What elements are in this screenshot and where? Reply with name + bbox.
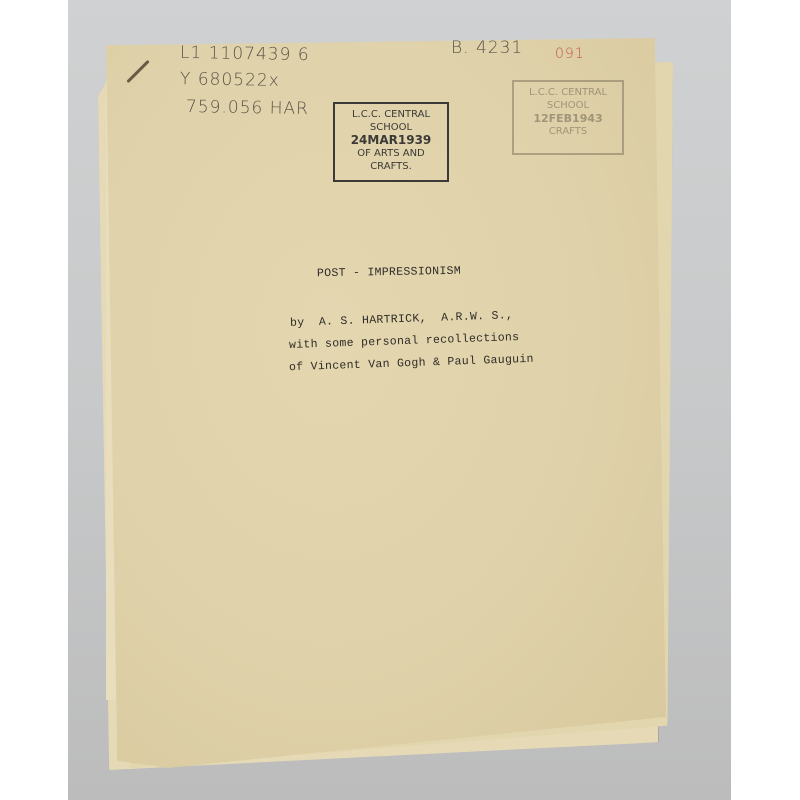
subtitle-line: with some personal recollections — [289, 331, 520, 352]
catalogue-number-2: Y 680522x — [180, 69, 280, 91]
pin-mark-icon — [126, 60, 149, 83]
faded-library-stamp: L.C.C. CENTRAL SCHOOL 12FEB1943 CRAFTS — [512, 80, 624, 155]
red-mark: 091 — [555, 46, 585, 62]
stamp-line: L.C.C. CENTRAL — [337, 108, 445, 121]
subtitle-line: of Vincent Van Gogh & Paul Gauguin — [289, 353, 534, 375]
stamp-line: SCHOOL — [516, 99, 620, 112]
library-stamp: L.C.C. CENTRAL SCHOOL 24MAR1939 OF ARTS … — [333, 102, 449, 182]
stamp-date: 12FEB1943 — [516, 112, 620, 125]
catalogue-number: L1 1107439 6 — [180, 43, 310, 65]
shelf-mark: B. 4231 — [451, 38, 523, 58]
stamp-line: L.C.C. CENTRAL — [516, 86, 620, 99]
page-content: L1 1107439 6 Y 680522x 759.056 HAR B. 42… — [68, 0, 731, 800]
author-line: by A. S. HARTRICK, A.R.W. S., — [290, 309, 514, 330]
document-photo: L1 1107439 6 Y 680522x 759.056 HAR B. 42… — [68, 0, 731, 800]
stamp-line: CRAFTS. — [337, 160, 445, 173]
stamp-line: CRAFTS — [516, 125, 620, 138]
stamp-line: OF ARTS AND — [337, 147, 445, 160]
classification-mark: 759.056 HAR — [186, 97, 309, 119]
stamp-date: 24MAR1939 — [337, 134, 445, 147]
document-title: POST - IMPRESSIONISM — [317, 265, 461, 281]
